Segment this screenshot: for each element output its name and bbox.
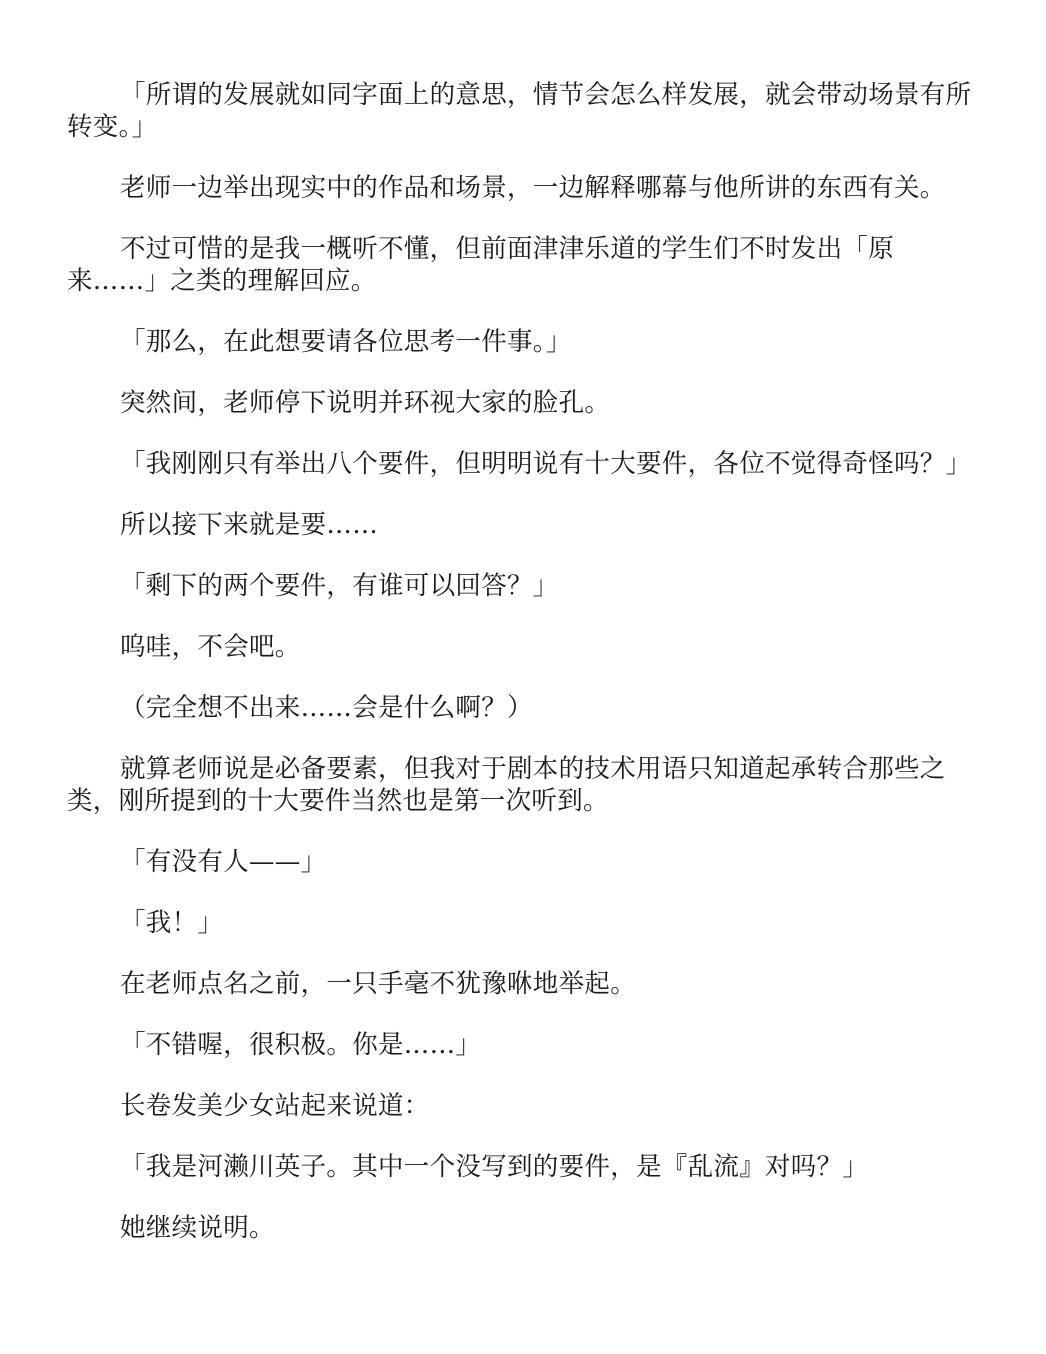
- paragraph: 「有没有人——」: [67, 846, 972, 878]
- paragraph: 「不错喔，很积极。你是……」: [67, 1029, 972, 1061]
- paragraph: 在老师点名之前，一只手毫不犹豫咻地举起。: [67, 968, 972, 1000]
- paragraph: 不过可惜的是我一概听不懂，但前面津津乐道的学生们不时发出「原来……」之类的理解回…: [67, 233, 972, 297]
- paragraph: 「剩下的两个要件，有谁可以回答？」: [67, 570, 972, 602]
- paragraph: 「所谓的发展就如同字面上的意思，情节会怎么样发展，就会带动场景有所转变。」: [67, 79, 972, 143]
- paragraph: 她继续说明。: [67, 1212, 972, 1244]
- paragraph: 「那么，在此想要请各位思考一件事。」: [67, 326, 972, 358]
- paragraph: 老师一边举出现实中的作品和场景，一边解释哪幕与他所讲的东西有关。: [67, 172, 972, 204]
- paragraph: 呜哇，不会吧。: [67, 631, 972, 663]
- paragraph: 就算老师说是必备要素，但我对于剧本的技术用语只知道起承转合那些之类，刚所提到的十…: [67, 753, 972, 817]
- paragraph: 突然间，老师停下说明并环视大家的脸孔。: [67, 387, 972, 419]
- paragraph: 「我刚刚只有举出八个要件，但明明说有十大要件，各位不觉得奇怪吗？」: [67, 448, 972, 480]
- paragraph: 长卷发美少女站起来说道：: [67, 1090, 972, 1122]
- document-page: 「所谓的发展就如同字面上的意思，情节会怎么样发展，就会带动场景有所转变。」 老师…: [67, 79, 972, 1273]
- paragraph: 所以接下来就是要……: [67, 509, 972, 541]
- paragraph: 「我！」: [67, 907, 972, 939]
- paragraph: 「我是河濑川英子。其中一个没写到的要件，是『乱流』对吗？」: [67, 1151, 972, 1183]
- paragraph: （完全想不出来……会是什么啊？）: [67, 692, 972, 724]
